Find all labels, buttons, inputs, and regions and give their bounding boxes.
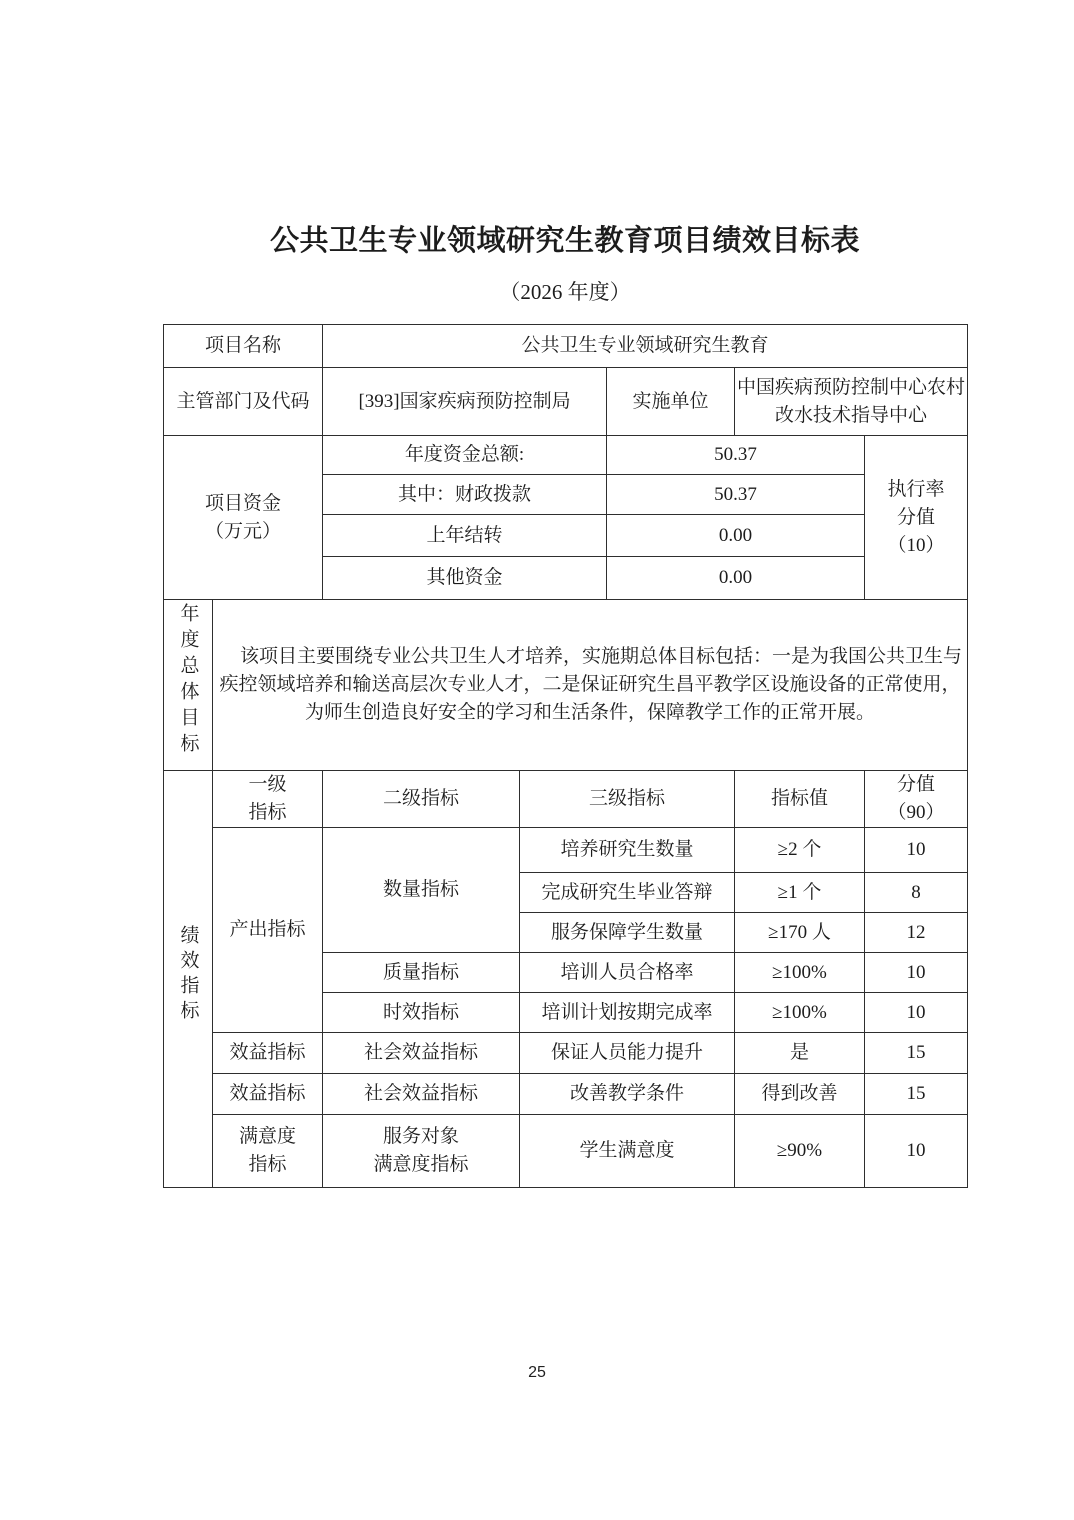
page-number: 25 (0, 1362, 1074, 1384)
project-name-value: 公共卫生专业领域研究生教育 (323, 325, 968, 368)
indicator-level2: 时效指标 (323, 993, 520, 1033)
indicator-level3: 服务保障学生数量 (520, 913, 735, 953)
row-funding-total: 项目资金 （万元） 年度资金总额: 50.37 执行率 分值 （10） (164, 436, 968, 475)
header-value: 指标值 (735, 771, 865, 828)
indicator-level3: 培养研究生数量 (520, 828, 735, 873)
performance-target-table: 项目名称 公共卫生专业领域研究生教育 主管部门及代码 [393]国家疾病预防控制… (163, 324, 968, 1188)
indicator-row: 产出指标 数量指标 培养研究生数量 ≥2 个 10 (164, 828, 968, 873)
indicator-level2: 质量指标 (323, 953, 520, 993)
header-level1: 一级 指标 (213, 771, 323, 828)
implement-unit-value: 中国疾病预防控制中心农村改水技术指导中心 (735, 368, 968, 436)
indicator-score: 12 (865, 913, 968, 953)
document-page: 公共卫生专业领域研究生教育项目绩效目标表 （2026 年度） 项目名称 公共卫生… (0, 0, 1074, 1520)
indicator-level2: 社会效益指标 (323, 1074, 520, 1115)
indicator-value: ≥170 人 (735, 913, 865, 953)
row-indicator-header: 绩效指标 一级 指标 二级指标 三级指标 指标值 分值 （90） (164, 771, 968, 828)
row-department: 主管部门及代码 [393]国家疾病预防控制局 实施单位 中国疾病预防控制中心农村… (164, 368, 968, 436)
header-level2: 二级指标 (323, 771, 520, 828)
indicator-level3: 完成研究生毕业答辩 (520, 873, 735, 913)
header-level3: 三级指标 (520, 771, 735, 828)
indicator-value: 是 (735, 1033, 865, 1074)
annual-goal-label-cell: 年度总体目标 (164, 600, 213, 771)
row-project-name: 项目名称 公共卫生专业领域研究生教育 (164, 325, 968, 368)
execution-rate-score-label: 执行率 分值 （10） (865, 436, 968, 600)
indicator-level3: 培训计划按期完成率 (520, 993, 735, 1033)
indicator-value: ≥100% (735, 953, 865, 993)
funding-other-value: 0.00 (607, 557, 865, 600)
header-score: 分值 （90） (865, 771, 968, 828)
indicator-level1: 效益指标 (213, 1074, 323, 1115)
indicator-level3: 保证人员能力提升 (520, 1033, 735, 1074)
indicator-level1: 产出指标 (213, 828, 323, 1033)
project-name-label: 项目名称 (164, 325, 323, 368)
indicator-score: 15 (865, 1033, 968, 1074)
funding-other-label: 其他资金 (323, 557, 607, 600)
indicator-score: 10 (865, 828, 968, 873)
indicator-score: 10 (865, 953, 968, 993)
implement-unit-label: 实施单位 (607, 368, 735, 436)
indicator-row: 效益指标 社会效益指标 改善教学条件 得到改善 15 (164, 1074, 968, 1115)
indicator-value: ≥100% (735, 993, 865, 1033)
indicator-value: ≥1 个 (735, 873, 865, 913)
department-label: 主管部门及代码 (164, 368, 323, 436)
indicator-level2: 服务对象 满意度指标 (323, 1115, 520, 1188)
document-title: 公共卫生专业领域研究生教育项目绩效目标表 (163, 221, 967, 261)
funding-carryover-label: 上年结转 (323, 515, 607, 557)
funding-total-label: 年度资金总额: (323, 436, 607, 475)
indicator-value: 得到改善 (735, 1074, 865, 1115)
indicator-score: 10 (865, 1115, 968, 1188)
indicator-row: 效益指标 社会效益指标 保证人员能力提升 是 15 (164, 1033, 968, 1074)
indicator-value: ≥2 个 (735, 828, 865, 873)
row-annual-goal: 年度总体目标 该项目主要围绕专业公共卫生人才培养，实施期总体目标包括：一是为我国… (164, 600, 968, 771)
indicator-level2: 数量指标 (323, 828, 520, 953)
funding-fiscal-label: 其中：财政拨款 (323, 475, 607, 515)
indicator-level2: 社会效益指标 (323, 1033, 520, 1074)
indicator-level1: 效益指标 (213, 1033, 323, 1074)
indicator-section-label: 绩效指标 (179, 925, 198, 1025)
funding-total-value: 50.37 (607, 436, 865, 475)
project-funding-label: 项目资金 （万元） (164, 436, 323, 600)
indicator-score: 10 (865, 993, 968, 1033)
indicator-score: 15 (865, 1074, 968, 1115)
indicator-row: 满意度 指标 服务对象 满意度指标 学生满意度 ≥90% 10 (164, 1115, 968, 1188)
funding-carryover-value: 0.00 (607, 515, 865, 557)
annual-goal-label: 年度总体目标 (179, 603, 198, 759)
indicator-level1: 满意度 指标 (213, 1115, 323, 1188)
indicator-score: 8 (865, 873, 968, 913)
indicator-level3: 培训人员合格率 (520, 953, 735, 993)
indicator-value: ≥90% (735, 1115, 865, 1188)
funding-fiscal-value: 50.37 (607, 475, 865, 515)
annual-goal-text: 该项目主要围绕专业公共卫生人才培养，实施期总体目标包括：一是为我国公共卫生与疾控… (213, 600, 968, 771)
indicator-section-label-cell: 绩效指标 (164, 771, 213, 1188)
department-value: [393]国家疾病预防控制局 (323, 368, 607, 436)
indicator-level3: 学生满意度 (520, 1115, 735, 1188)
document-year-subtitle: （2026 年度） (163, 278, 967, 306)
indicator-level3: 改善教学条件 (520, 1074, 735, 1115)
